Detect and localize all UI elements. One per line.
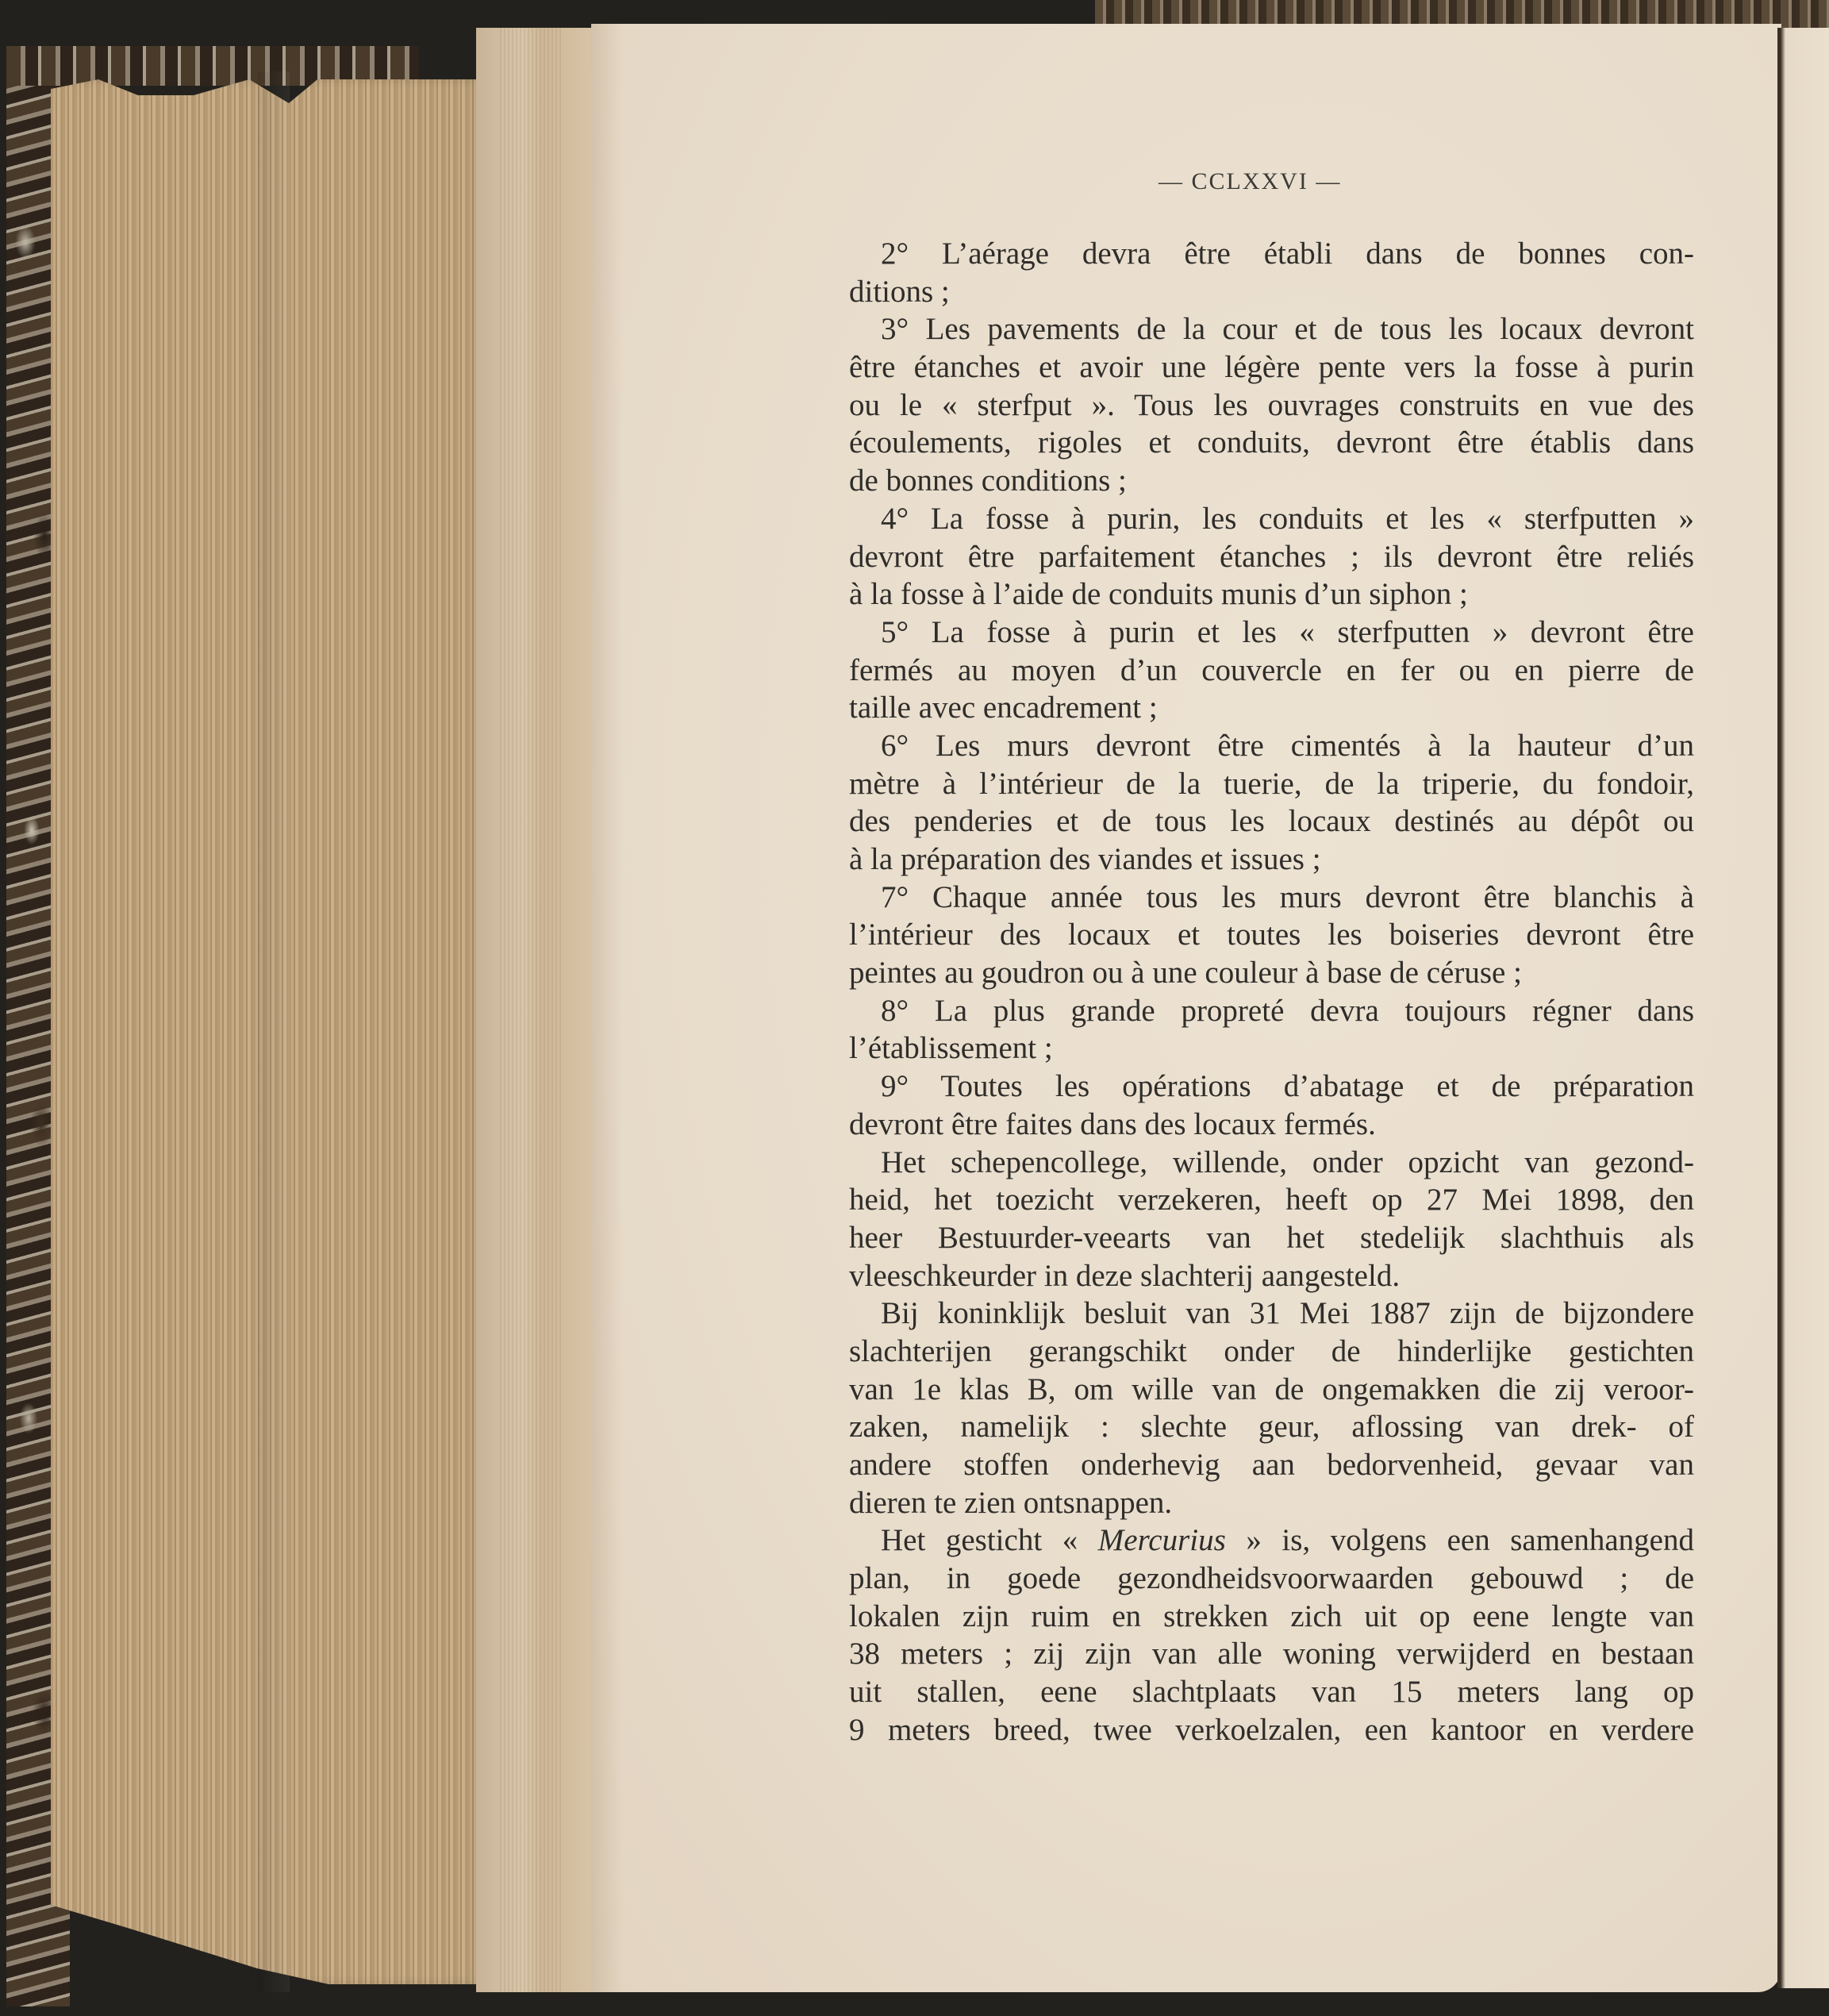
- text-line: vleeschkeurder in deze slachterij aanges…: [849, 1257, 1694, 1295]
- text-line: mètre à l’intérieur de la tuerie, de la …: [849, 765, 1694, 803]
- text-line: 9 meters breed, twee verkoelzalen, een k…: [849, 1711, 1694, 1749]
- next-page-edge: [1777, 28, 1829, 1988]
- text-line: zaken, namelijk : slechte geur, aflossin…: [849, 1408, 1694, 1446]
- text-line: des penderies et de tous les locaux dest…: [849, 802, 1694, 841]
- page-number-heading: — CCLXXVI —: [1158, 168, 1397, 195]
- text-line: de bonnes conditions ;: [849, 462, 1694, 500]
- text-line: 7° Chaque année tous les murs devront êt…: [849, 879, 1694, 917]
- text-line: Bij koninklijk besluit van 31 Mei 1887 z…: [849, 1295, 1694, 1333]
- text-line: uit stallen, eene slachtplaats van 15 me…: [849, 1673, 1694, 1711]
- text-line: à la préparation des viandes et issues ;: [849, 841, 1694, 879]
- text-line: 5° La fosse à purin et les « sterfputten…: [849, 614, 1694, 652]
- page-shadow: [591, 24, 623, 1992]
- text-line: 3° Les pavements de la cour et de tous l…: [849, 310, 1694, 348]
- text-line: fermés au moyen d’un couvercle en fer ou…: [849, 652, 1694, 690]
- text-line: lokalen zijn ruim en strekken zich uit o…: [849, 1598, 1694, 1636]
- page-body-text: 2° L’aérage devra être établi dans de bo…: [849, 235, 1694, 1749]
- text-line: andere stoffen onderhevig aan bedorvenhe…: [849, 1446, 1694, 1484]
- page-edges-shade: [258, 71, 290, 1992]
- text-line: devront être parfaitement étanches ; ils…: [849, 538, 1694, 576]
- italic-name: Mercurius: [1098, 1523, 1226, 1557]
- text-fragment: Het gesticht «: [881, 1523, 1098, 1557]
- text-line: Het schepencollege, willende, onder opzi…: [849, 1144, 1694, 1182]
- text-line: 4° La fosse à purin, les conduits et les…: [849, 500, 1694, 538]
- text-line: plan, in goede gezondheidsvoorwaarden ge…: [849, 1560, 1694, 1598]
- text-line: 8° La plus grande propreté devra toujour…: [849, 992, 1694, 1030]
- text-line: 38 meters ; zij zijn van alle woning ver…: [849, 1635, 1694, 1673]
- text-line: Het gesticht « Mercurius » is, volgens e…: [849, 1522, 1694, 1560]
- text-line: dieren te zien ontsnappen.: [849, 1484, 1694, 1522]
- text-line: van 1e klas B, om wille van de ongemakke…: [849, 1371, 1694, 1409]
- text-line: 2° L’aérage devra être établi dans de bo…: [849, 235, 1694, 273]
- text-line: l’établissement ;: [849, 1029, 1694, 1068]
- text-line: slachterijen gerangschikt onder de hinde…: [849, 1333, 1694, 1371]
- text-line: heid, het toezicht verzekeren, heeft op …: [849, 1181, 1694, 1219]
- text-line: heer Bestuurder-veearts van het stedelij…: [849, 1219, 1694, 1257]
- text-line: ou le « sterfput ». Tous les ouvrages co…: [849, 387, 1694, 425]
- text-line: taille avec encadrement ;: [849, 689, 1694, 727]
- text-line: 6° Les murs devront être cimentés à la h…: [849, 727, 1694, 765]
- text-line: être étanches et avoir une légère pente …: [849, 348, 1694, 387]
- text-line: l’intérieur des locaux et toutes les boi…: [849, 916, 1694, 954]
- text-line: peintes au goudron ou à une couleur à ba…: [849, 954, 1694, 992]
- text-line: devront être faites dans des locaux ferm…: [849, 1106, 1694, 1144]
- text-fragment: » is, volgens een samenhangend: [1226, 1523, 1694, 1557]
- text-line: écoulements, rigoles et conduits, devron…: [849, 424, 1694, 462]
- page-gutter: [476, 28, 595, 1992]
- text-line: ditions ;: [849, 273, 1694, 311]
- text-line: à la fosse à l’aide de conduits munis d’…: [849, 575, 1694, 614]
- text-line: 9° Toutes les opérations d’abatage et de…: [849, 1068, 1694, 1106]
